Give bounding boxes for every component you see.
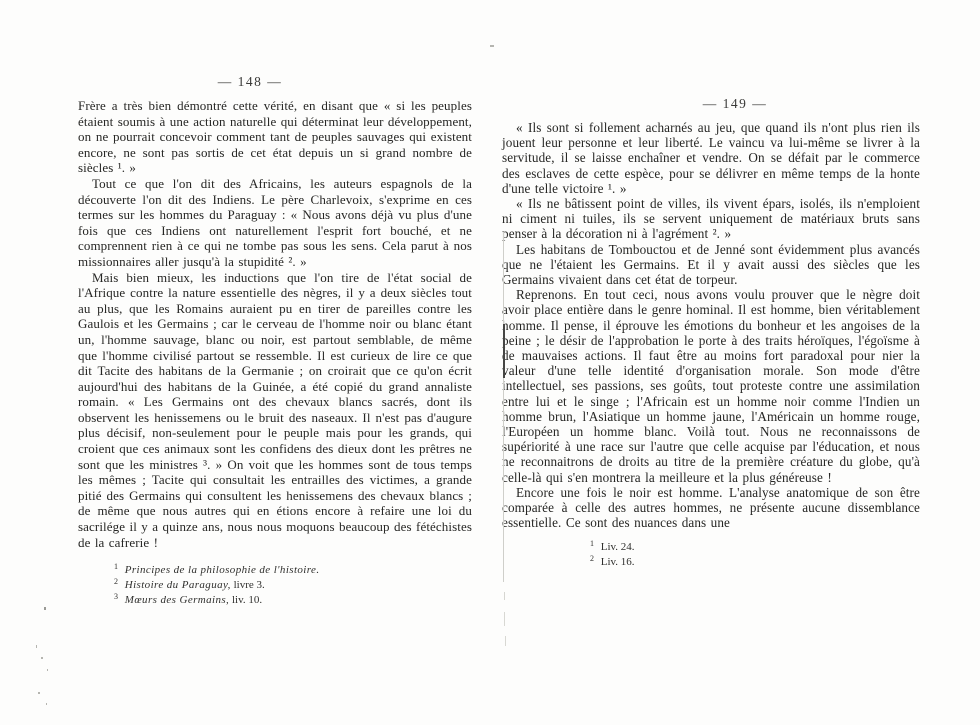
footnote: 2 Histoire du Paraguay, livre 3.	[114, 578, 472, 593]
paragraph: Reprenons. En tout ceci, nous avons voul…	[502, 287, 920, 485]
footnote-marker: 3	[114, 592, 118, 601]
footnote-rest: Liv. 24.	[601, 541, 635, 553]
paragraph: Encore une fois le noir est homme. L'ana…	[502, 485, 920, 531]
scan-speckle	[504, 592, 505, 600]
footnote-title: Histoire du Paraguay,	[125, 579, 231, 591]
page-148-body: Frère a très bien démontré cette vérité,…	[78, 98, 472, 550]
scan-speckle	[47, 669, 48, 671]
scan-speckle	[490, 45, 494, 47]
footnote-title: Principes de la philosophie de l'histoir…	[125, 564, 320, 576]
scan-speckle	[504, 612, 505, 626]
scan-speckle	[44, 607, 46, 610]
footnote-marker: 2	[114, 577, 118, 586]
footnote: 1 Principes de la philosophie de l'histo…	[114, 563, 472, 578]
scan-speckle	[38, 692, 40, 694]
binding-gutter-shadow	[503, 232, 504, 582]
scan-speckle	[41, 657, 43, 659]
paragraph: Tout ce que l'on dit des Africains, les …	[78, 176, 472, 270]
footnote-rest: Liv. 16.	[601, 556, 635, 568]
page-148-footnotes: 1 Principes de la philosophie de l'histo…	[78, 563, 472, 608]
binding-gutter-dark-mark	[503, 324, 505, 378]
book-scan: — 148 — Frère a très bien démontré cette…	[0, 0, 980, 725]
footnote: 2 Liv. 16.	[590, 555, 920, 570]
footnote: 1 Liv. 24.	[590, 540, 920, 555]
scan-speckle	[505, 636, 506, 646]
page-number-149: — 149 —	[526, 96, 944, 112]
page-149-footnotes: 1 Liv. 24. 2 Liv. 16.	[502, 540, 920, 570]
scan-speckle	[46, 703, 47, 705]
footnote-marker: 1	[114, 562, 118, 571]
scan-speckle	[36, 645, 37, 648]
footnote: 3 Mœurs des Germains, liv. 10.	[114, 593, 472, 608]
paragraph: « Ils sont si follement acharnés au jeu,…	[502, 120, 920, 196]
paragraph: Frère a très bien démontré cette vérité,…	[78, 98, 472, 176]
footnote-rest: livre 3.	[234, 579, 265, 591]
footnote-rest: liv. 10.	[232, 594, 262, 606]
page-149-body: « Ils sont si follement acharnés au jeu,…	[502, 120, 920, 530]
paragraph: Mais bien mieux, les inductions que l'on…	[78, 270, 472, 551]
footnote-title: Mœurs des Germains,	[125, 594, 229, 606]
footnote-marker: 1	[590, 539, 594, 548]
paragraph: « Ils ne bâtissent point de villes, ils …	[502, 196, 920, 242]
page-number-148: — 148 —	[53, 74, 447, 90]
footnote-marker: 2	[590, 554, 594, 563]
page-148: — 148 — Frère a très bien démontré cette…	[78, 74, 472, 608]
paragraph: Les habitans de Tombouctou et de Jenné s…	[502, 242, 920, 288]
page-149: — 149 — « Ils sont si follement acharnés…	[502, 96, 920, 570]
